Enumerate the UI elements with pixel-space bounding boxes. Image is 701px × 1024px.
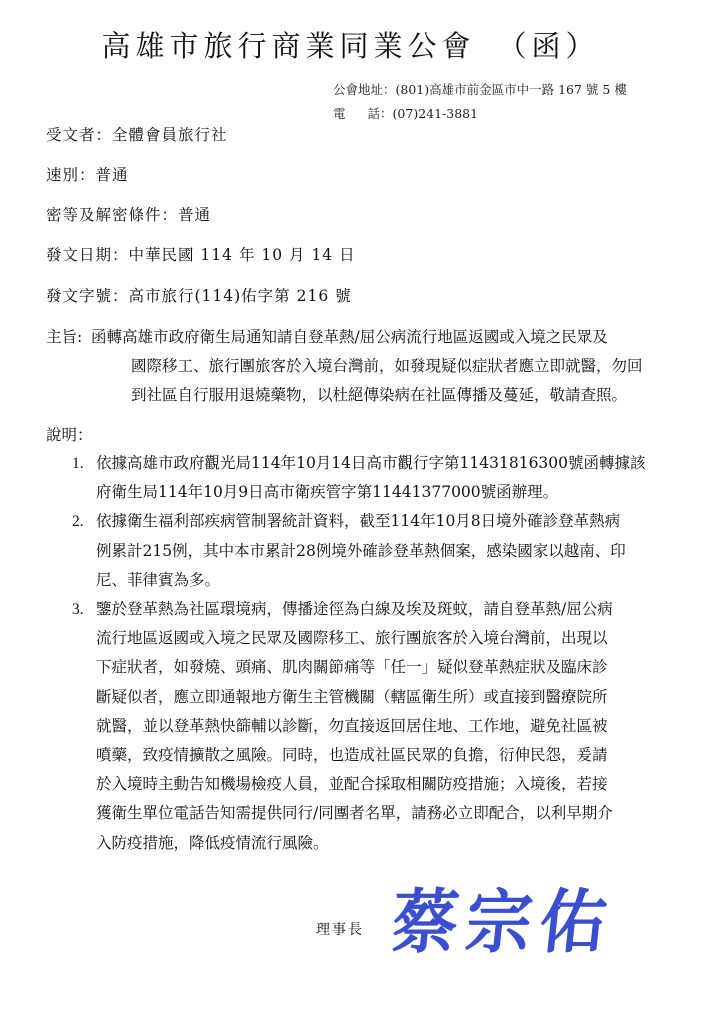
explanation-label: 說明： bbox=[46, 423, 93, 445]
item-line: 例累計215例，其中本市累計28例境外確診登革熱個案，感染國家以越南、印 bbox=[96, 537, 682, 566]
item-line: 尼、菲律賓為多。 bbox=[96, 566, 682, 595]
explanation-item: 3. 鑒於登革熱為社區環境病，傳播途徑為白線及埃及斑蚊，請自登革熱/屈公病 流行… bbox=[72, 595, 682, 858]
address-label: 公會地址： bbox=[333, 82, 396, 97]
signer-title: 理事長 bbox=[316, 919, 364, 939]
association-name: 高雄市旅行商業同業公會 bbox=[101, 29, 475, 63]
item-line: 於入境時主動告知機場檢疫人員，並配合採取相關防疫措施；入境後，若接 bbox=[96, 770, 682, 799]
item-number: 1. bbox=[72, 449, 84, 478]
phone-value: (07)241-3881 bbox=[393, 106, 479, 121]
recipient: 受文者：全體會員旅行社 bbox=[46, 123, 228, 145]
subject-line: 函轉高雄市政府衛生局通知請自登革熱/屈公病流行地區返國或入境之民眾及 bbox=[91, 323, 676, 352]
address-value: (801)高雄市前金區市中一路 167 號 5 樓 bbox=[396, 82, 627, 97]
association-phone: 電話：(07)241-3881 bbox=[333, 104, 478, 122]
confidentiality: 密等及解密條件：普通 bbox=[46, 203, 211, 225]
item-line: 下症狀者，如發燒、頭痛、肌肉關節痛等「任一」疑似登革熱症狀及臨床診 bbox=[96, 653, 682, 682]
explanation-item: 1. 依據高雄市政府觀光局114年10月14日高市觀行字第11431816300… bbox=[72, 449, 682, 507]
explanation-list: 1. 依據高雄市政府觀光局114年10月14日高市觀行字第11431816300… bbox=[72, 449, 682, 858]
item-line: 斷疑似者，應立即通報地方衛生主管機關（轄區衛生所）或直接到醫療院所 bbox=[96, 683, 682, 712]
subject-section: 主旨: 函轉高雄市政府衛生局通知請自登革熱/屈公病流行地區返國或入境之民眾及 國… bbox=[46, 323, 676, 410]
item-line: 依據衛生福利部疾病管制署統計資料，截至114年10月8日境外確診登革熱病 bbox=[96, 507, 682, 536]
document-title: 高雄市旅行商業同業公會（函） bbox=[0, 24, 701, 65]
item-line: 入防疫措施，降低疫情流行風險。 bbox=[96, 829, 682, 858]
phone-label: 電 bbox=[333, 106, 368, 121]
subject-line: 到社區自行服用退燒藥物，以杜絕傳染病在社區傳播及蔓延，敬請查照。 bbox=[91, 381, 676, 410]
item-line: 就醫，並以登革熱快篩輔以診斷，勿直接返回居住地、工作地，避免社區被 bbox=[96, 712, 682, 741]
item-line: 流行地區返國或入境之民眾及國際移工、旅行團旅客於入境台灣前，出現以 bbox=[96, 624, 682, 653]
item-line: 鑒於登革熱為社區環境病，傳播途徑為白線及埃及斑蚊，請自登革熱/屈公病 bbox=[96, 595, 682, 624]
item-line: 依據高雄市政府觀光局114年10月14日高市觀行字第11431816300號函轉… bbox=[96, 449, 682, 478]
speed: 速別：普通 bbox=[46, 163, 129, 185]
subject-label: 主旨: bbox=[46, 323, 82, 352]
item-number: 3. bbox=[72, 595, 84, 624]
item-number: 2. bbox=[72, 507, 84, 536]
chairman-signature: 蔡宗佑 bbox=[388, 866, 620, 966]
document-number: 發文字號：高市旅行(114)佑字第 216 號 bbox=[46, 284, 352, 306]
item-line: 府衛生局114年10月9日高市衛疾管字第11441377000號函辦理。 bbox=[96, 478, 682, 507]
phone-label-rest: 話： bbox=[368, 106, 393, 121]
explanation-item: 2. 依據衛生福利部疾病管制署統計資料，截至114年10月8日境外確診登革熱病 … bbox=[72, 507, 682, 595]
issue-date: 發文日期：中華民國 114 年 10 月 14 日 bbox=[46, 243, 356, 265]
association-address: 公會地址：(801)高雄市前金區市中一路 167 號 5 樓 bbox=[333, 80, 627, 98]
document-type: （函） bbox=[498, 29, 600, 63]
item-line: 噴藥，致疫情擴散之風險。同時，也造成社區民眾的負擔，衍伸民怨，爰請 bbox=[96, 741, 682, 770]
item-line: 獲衛生單位電話告知需提供同行/同團者名單，請務必立即配合，以利早期介 bbox=[96, 799, 682, 828]
subject-body: 函轉高雄市政府衛生局通知請自登革熱/屈公病流行地區返國或入境之民眾及 國際移工、… bbox=[91, 323, 676, 410]
subject-line: 國際移工、旅行團旅客於入境台灣前，如發現疑似症狀者應立即就醫，勿回 bbox=[91, 352, 676, 381]
